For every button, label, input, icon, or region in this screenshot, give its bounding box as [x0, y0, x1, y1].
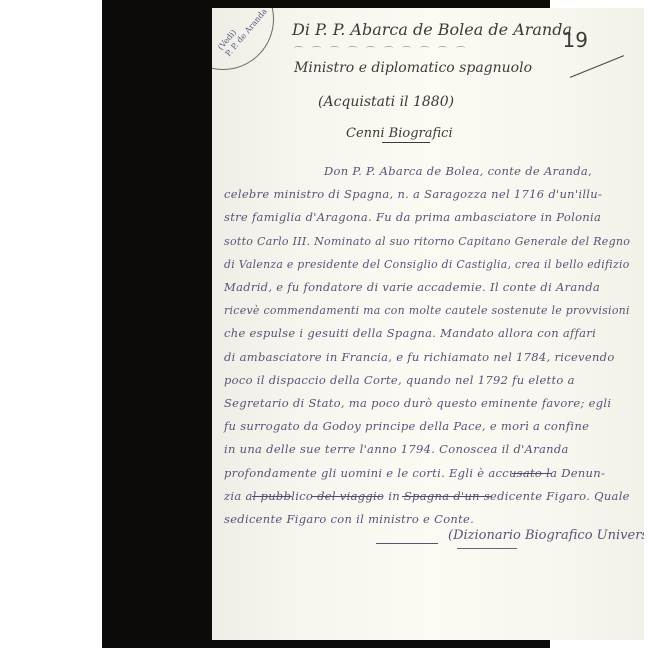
section-heading-underline [382, 142, 430, 143]
text-line: stre famiglia d'Aragona. Fu da prima amb… [224, 210, 601, 224]
page-number-stroke [570, 55, 624, 78]
text-line: che espulse i gesuiti della Spagna. Mand… [224, 326, 596, 340]
acquisition-note: (Acquistati il 1880) [318, 94, 454, 110]
text-line: Madrid, e fu fondatore di varie accademi… [224, 280, 600, 294]
text-line: fu surrogato da Godoy principe della Pac… [224, 419, 589, 433]
signature-underline [457, 548, 517, 549]
section-heading: Cenni Biografici [346, 126, 453, 141]
underline-mark [252, 496, 292, 497]
text-line: sotto Carlo III. Nominato al suo ritorno… [224, 234, 630, 248]
text-line: celebre ministro di Spagna, n. a Saragoz… [224, 187, 602, 201]
underline-mark [312, 496, 382, 497]
document-subtitle: Ministro e diplomatico spagnuolo [294, 60, 532, 76]
text-line: Segretario di Stato, ma poco durò questo… [224, 396, 611, 410]
source-signature: (Dizionario Biografico Univers.) [448, 528, 644, 543]
text-line: di Valenza e presidente del Consiglio di… [224, 257, 630, 271]
page-number: 19 [563, 28, 588, 52]
underline-mark [402, 496, 492, 497]
text-line: poco il dispaccio della Corte, quando ne… [224, 373, 575, 387]
text-line: Don P. P. Abarca de Bolea, conte de Aran… [324, 164, 592, 178]
text-line: in una delle sue terre l'anno 1794. Cono… [224, 442, 569, 456]
text-line: ricevè commendamenti ma con molte cautel… [224, 303, 630, 317]
manuscript-page: (Vedi) P. P. de Aranda Di P. P. Abarca d… [212, 8, 644, 640]
document-title: Di P. P. Abarca de Bolea de Aranda [292, 20, 572, 39]
title-decoration: ⌒⌒⌒⌒⌒⌒⌒⌒⌒⌒ [294, 44, 474, 57]
text-line: di ambasciatore in Francia, e fu richiam… [224, 350, 615, 364]
underline-mark [512, 473, 552, 474]
signature-dash [376, 543, 438, 544]
text-line: sedicente Figaro con il ministro e Conte… [224, 512, 474, 526]
scan-frame: (Vedi) P. P. de Aranda Di P. P. Abarca d… [102, 0, 550, 648]
